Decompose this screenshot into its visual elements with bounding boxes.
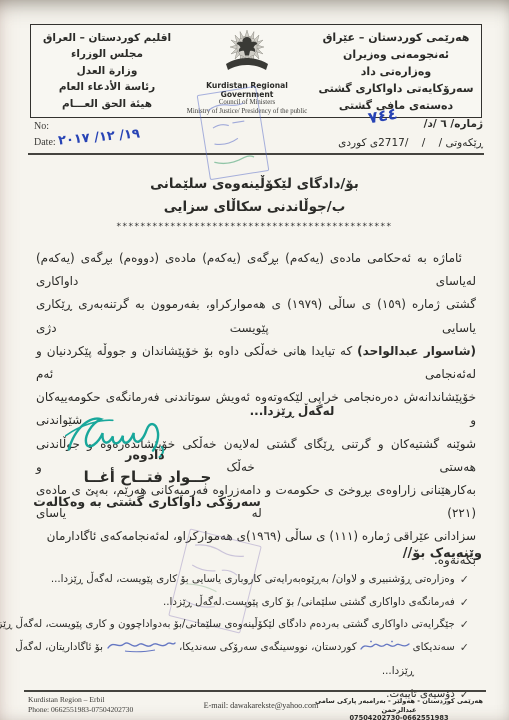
handwritten-word-icon xyxy=(359,644,411,656)
signer-name: جــواد فتــاح أغــا xyxy=(40,468,255,486)
letterhead-arabic: اقليم كوردستان – العراق مجلس الوزراء وزا… xyxy=(31,25,183,117)
stars-divider: ****************************************… xyxy=(0,222,509,232)
footer-region: Kurdistan Region – Erbil xyxy=(28,695,133,705)
cc-item-syndicate: ✓سەندیکایکوردستان، نووسینگەی سەرۆکی سەند… xyxy=(28,636,469,662)
footer-address-en: Kurdistan Region – Erbil Phone: 06625519… xyxy=(28,695,133,714)
footer-phones-line: 07504202730-0662551983 xyxy=(313,714,485,720)
letterhead-box: اقليم كوردستان – العراق مجلس الوزراء وزا… xyxy=(30,24,482,118)
meta-divider-line xyxy=(28,153,484,155)
copy-to-list: ✓وەزارەتی ڕۆشنبیری و لاوان/ بەڕێوەبەرایە… xyxy=(28,568,469,705)
no-label: No: xyxy=(34,121,49,132)
arabic-line: هيئة الحق العـــام xyxy=(31,96,183,113)
handwritten-note-icon xyxy=(105,644,177,656)
letterhead-kurdish: هەرێمی کوردستان – عێراق ئەنجومەنی وەزیرا… xyxy=(311,25,481,117)
date-label: Date: xyxy=(34,137,56,148)
arabic-line: رئاسة الأدعاء العام xyxy=(31,79,183,96)
signer-judge-title: دادوەر xyxy=(70,447,220,462)
kurdish-line: هەرێمی کوردستان – عێراق xyxy=(311,29,481,46)
cc-item-text: سەندیکای xyxy=(413,641,455,653)
accused-name: (شاسوار عبدالواحد) xyxy=(357,344,476,358)
kurdish-line: ئەنجومەنی وەزیران xyxy=(311,46,481,63)
cc-item-text: بۆ ئاگاداریتان، لەگەڵ xyxy=(15,641,103,653)
copy-to-heading: وێنەیەک بۆ// xyxy=(403,546,482,561)
english-gov-sub1: Council of Ministers xyxy=(219,99,275,108)
addressee-line: بۆ/دادگای لێکۆڵینەوەی سلێمانی xyxy=(0,176,509,192)
check-mark-icon: ✓ xyxy=(460,592,469,614)
cc-item-ministry-culture: ✓وەزارەتی ڕۆشنبیری و لاوان/ بەڕێوەبەرایە… xyxy=(28,568,469,591)
check-mark-icon: ✓ xyxy=(460,637,469,659)
letterhead-center: Kurdistan Regional Government Council of… xyxy=(183,25,311,117)
cc-item-deputy-prosecution: ✓جێگرایەتی داواکاری گشتی بەردەم دادگای ل… xyxy=(28,613,469,636)
check-mark-icon: ✓ xyxy=(460,569,469,591)
subject-line: ب/جوڵاندنی سکاڵای سزایی xyxy=(0,199,509,215)
cc-item-sulaimani-office: ✓فەرمانگەی داواکاری گشتی سلێمانی/ بۆ کار… xyxy=(28,591,469,614)
arabic-line: وزارة العدل xyxy=(31,63,183,80)
handwritten-number: ٧٤٤ xyxy=(366,104,398,128)
handwritten-date: ١٩/ ١٢/ ٢٠١٧ xyxy=(58,126,141,148)
kurdish-line: سەرۆکایەتی داواکاری گشتی xyxy=(311,80,481,97)
body-line: ئاماژە بە ئەحکامی مادەی (یەکەم) بڕگەی (ی… xyxy=(36,247,476,293)
kurdish-date-line: ڕێکەوتی / / /2717ی کوردی xyxy=(338,137,483,149)
footer-divider-line xyxy=(24,690,486,692)
english-gov-sub2: Ministry of Justice/ Presidency of the p… xyxy=(187,108,307,117)
english-gov-title: Kurdistan Regional Government xyxy=(183,81,311,99)
footer-address-rtl: هەرێمی کوردستان - هەولێر - بەرامبەر پارک… xyxy=(313,697,485,720)
footer-address-line: هەرێمی کوردستان - هەولێر - بەرامبەر پارک… xyxy=(313,697,485,714)
arabic-line: مجلس الوزراء xyxy=(31,46,183,63)
body-line: (شاسوار عبدالواحد) کە تیایدا هانی خەڵکی … xyxy=(36,340,476,386)
cc-item-text: جێگرایەتی داواکاری گشتی بەردەم دادگای لێ… xyxy=(0,618,455,630)
number-label: ژمارە/ ٦ /د/ xyxy=(424,118,483,130)
krg-sun-eagle-emblem-icon xyxy=(218,28,276,80)
cc-item-wrap: ڕێزدا... xyxy=(28,661,414,683)
check-mark-icon: ✓ xyxy=(460,614,469,636)
arabic-line: اقليم كوردستان – العراق xyxy=(31,30,183,47)
footer-phone: Phone: 0662551983-07504202730 xyxy=(28,705,133,715)
signer-role: سەرۆکی داواکاری گشتی بە وەکالەت xyxy=(22,494,272,509)
closing-salutation: لەگەڵ ڕێزدا... xyxy=(232,404,352,418)
cc-item-text: فەرمانگەی داواکاری گشتی سلێمانی/ بۆ کاری… xyxy=(163,596,455,608)
body-line: گشتی ژمارە (١٥٩) ی ساڵی (١٩٧٩) ی هەموارک… xyxy=(36,293,476,339)
cc-item-text: کوردستان، نووسینگەی سەرۆکی سەندیکا، xyxy=(179,641,357,653)
cc-item-text: وەزارەتی ڕۆشنبیری و لاوان/ بەڕێوەبەرایەت… xyxy=(51,573,455,585)
scanned-letter-page: اقليم كوردستان – العراق مجلس الوزراء وزا… xyxy=(0,0,509,720)
kurdish-line: وەزارەتی داد xyxy=(311,63,481,80)
